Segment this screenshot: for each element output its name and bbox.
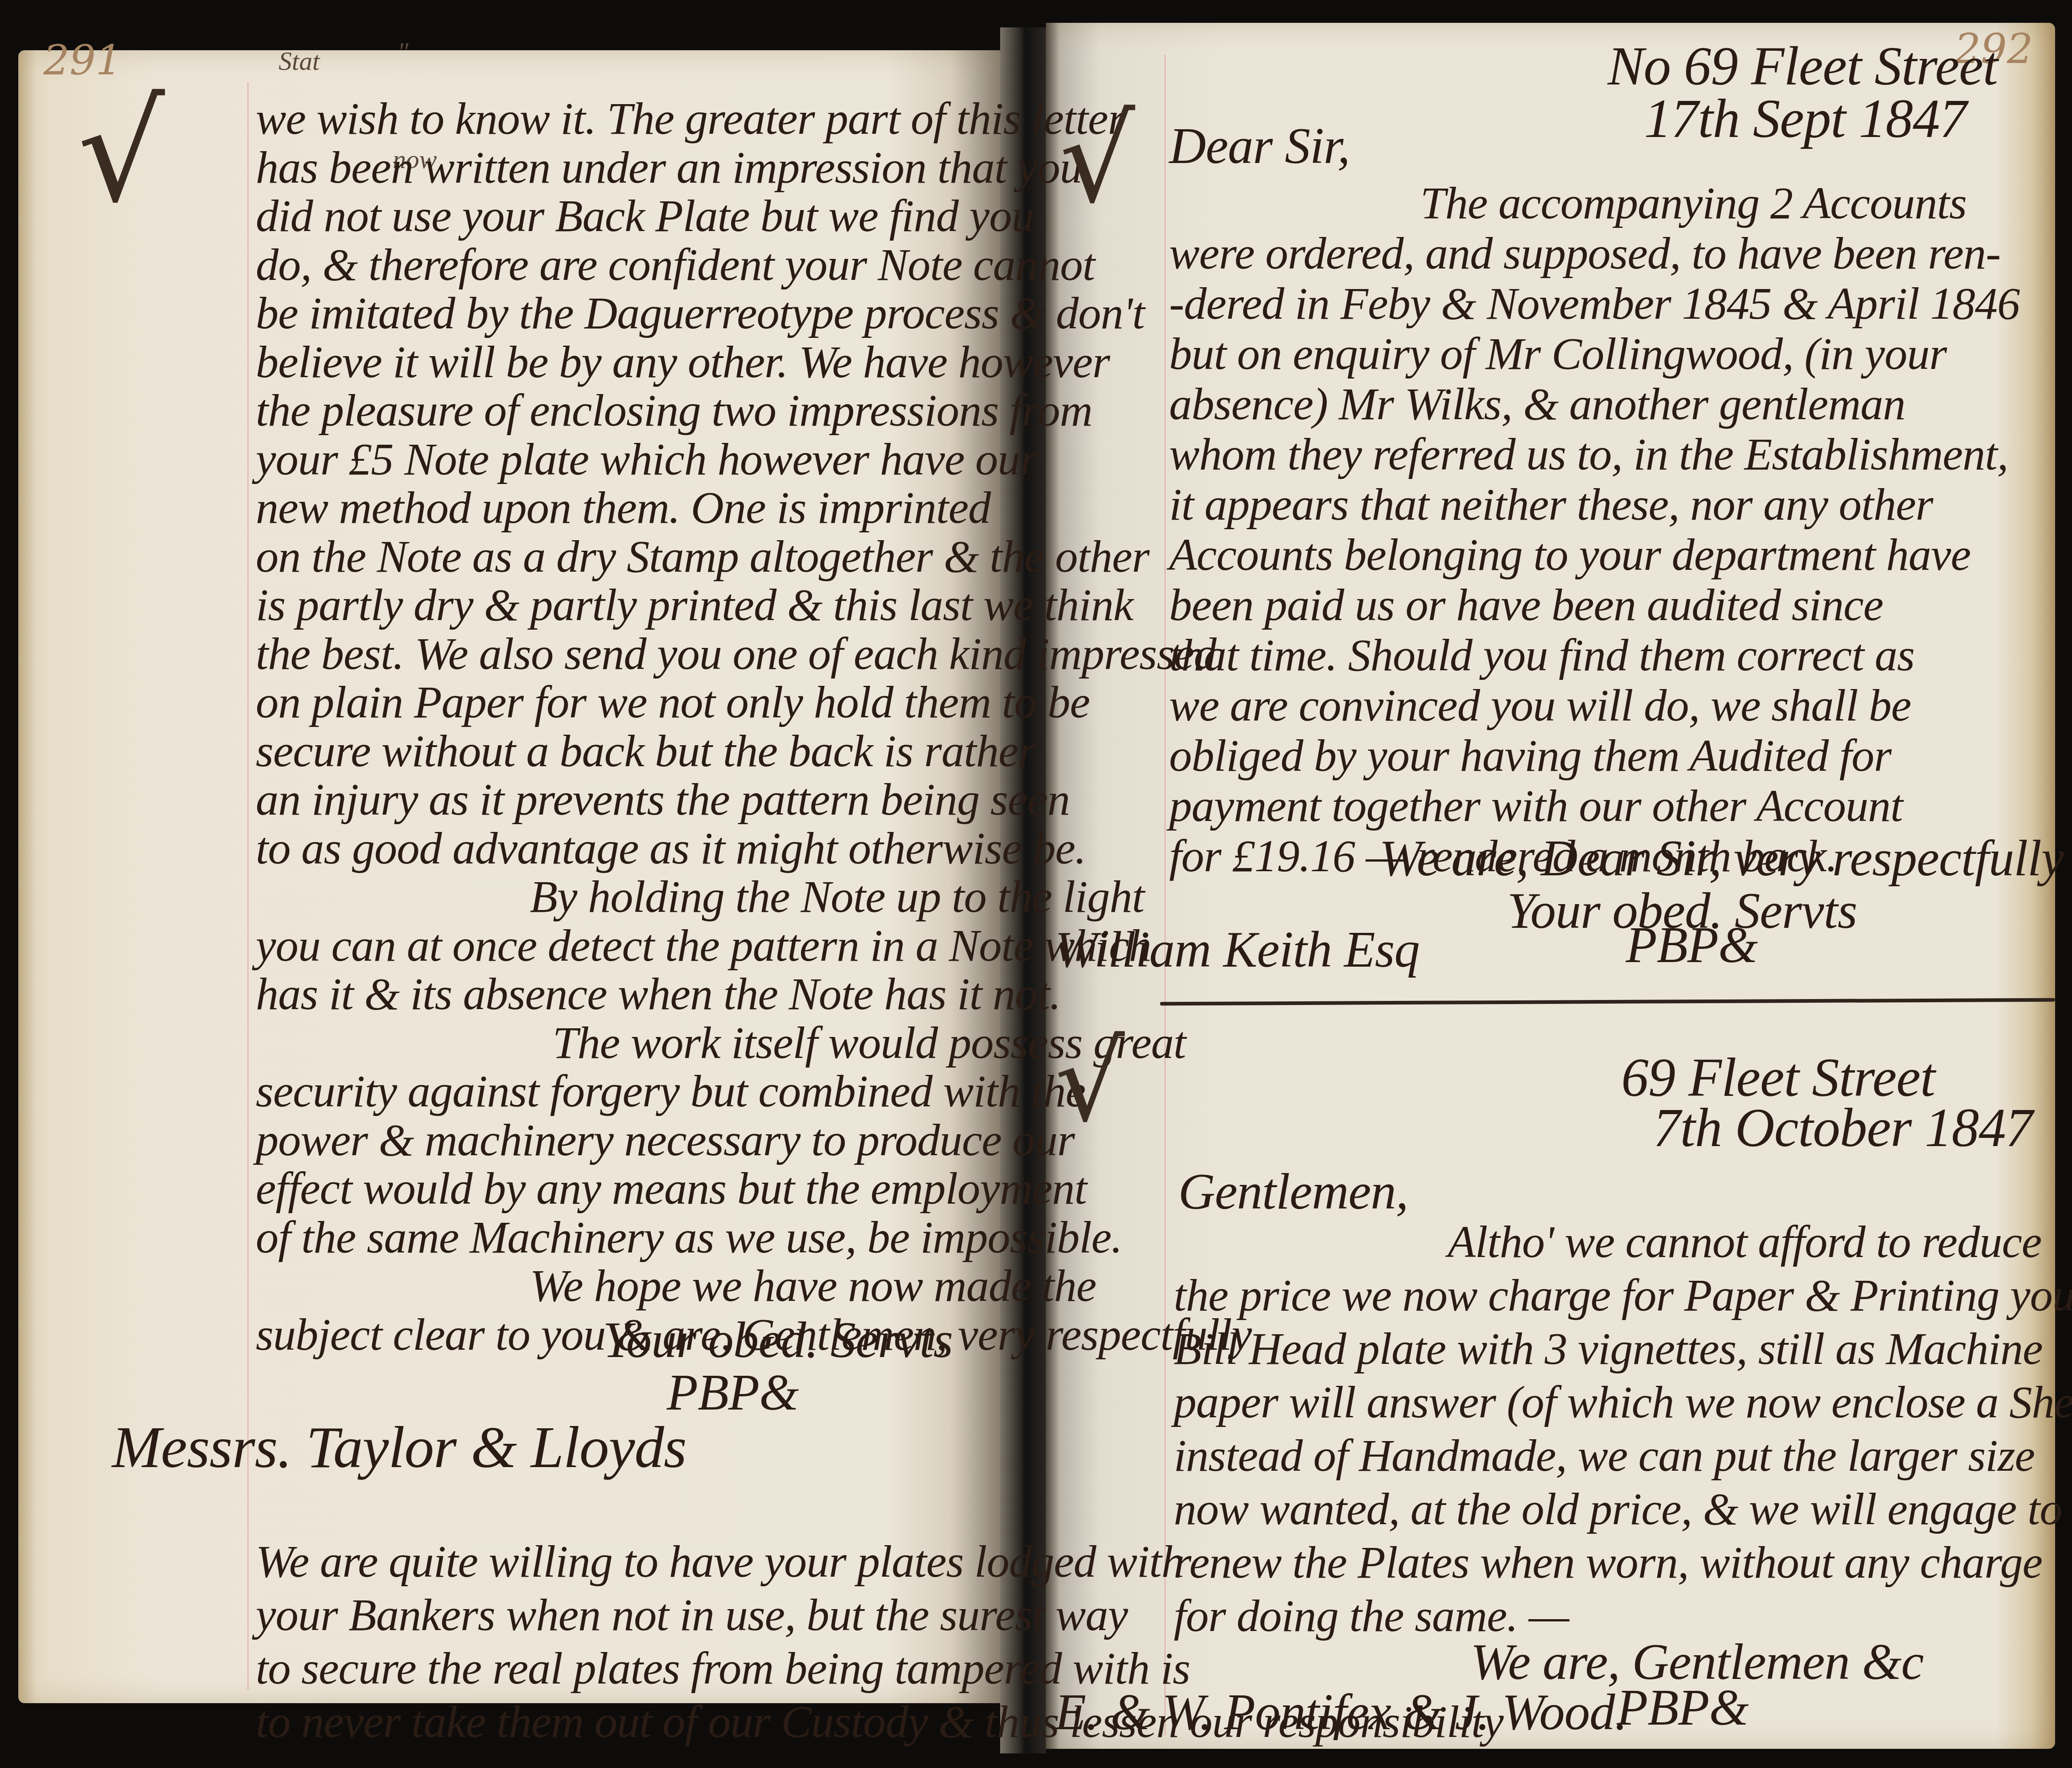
letter2-signature: PBP& — [1617, 1680, 1748, 1735]
letter2-salutation: Gentlemen, — [1178, 1164, 1408, 1219]
left-letter-line: we wish to know it. The greater part of … — [256, 91, 1032, 146]
letter1-line: that time. Should you find them correct … — [1169, 628, 1914, 683]
left-letter-line: power & machinery necessary to produce o… — [256, 1113, 1032, 1168]
letter1-line: -dered in Feby & November 1845 & April 1… — [1169, 276, 1945, 331]
letter1-line: whom they referred us to, in the Establi… — [1169, 427, 1945, 482]
left-letter-line: an injury as it prevents the pattern bei… — [256, 772, 1032, 827]
left-letter-line: new method upon them. One is imprinted — [256, 480, 991, 535]
left-signature: PBP& — [667, 1365, 798, 1420]
left-letter-line: has been written under an impression tha… — [256, 140, 1032, 195]
letter2-address: 69 Fleet Street — [1621, 1050, 1935, 1105]
left-letter-line: did not use your Back Plate but we find … — [256, 189, 1032, 243]
left-letter-line: your £5 Note plate which however have ou… — [256, 432, 1032, 487]
letter2-addressee: E. & W. Pontifex & J. Wood. — [1055, 1685, 1627, 1740]
second-letter-line: to secure the real plates from being tam… — [256, 1641, 1032, 1696]
letter1-line: were ordered, and supposed, to have been… — [1169, 226, 1945, 281]
letter1-line: we are convinced you will do, we shall b… — [1169, 678, 1911, 733]
left-letter-line: is partly dry & partly printed & this la… — [256, 578, 1032, 632]
letter2-line: instead of Handmade, we can put the larg… — [1174, 1428, 1950, 1483]
letter1-line: but on enquiry of Mr Collingwood, (in yo… — [1169, 326, 1945, 381]
left-letter-line: be imitated by the Daguerreotype process… — [256, 286, 1032, 341]
addressee-taylor-lloyds: Messrs. Taylor & Lloyds — [112, 1420, 686, 1475]
letter2-line: renew the Plates when worn, without any … — [1174, 1535, 1950, 1590]
letter-book-spread: 291 √ Stat " now we wish to know it. The… — [0, 0, 2072, 1768]
letter1-line: been paid us or have been audited since — [1169, 578, 1883, 632]
letter1-date: 17th Sept 1847 — [1644, 91, 1967, 146]
left-letter-line: believe it will be by any other. We have… — [256, 335, 1032, 389]
letter1-signature: PBP& — [1626, 918, 1757, 973]
left-letter-line: has it & its absence when the Note has i… — [256, 967, 1032, 1021]
check-mark-icon: √ — [1060, 91, 1135, 229]
second-letter-line: to never take them out of our Custody & … — [256, 1694, 1032, 1749]
left-letter-line: you can at once detect the pattern in a … — [256, 918, 1032, 973]
letter1-line: obliged by your having them Audited for — [1169, 728, 1891, 783]
left-letter-line: on the Note as a dry Stamp altogether & … — [256, 529, 1032, 584]
left-letter-line: on plain Paper for we not only hold them… — [256, 675, 1032, 730]
letter1-line: Accounts belonging to your department ha… — [1169, 527, 1945, 582]
letter1-line: The accompanying 2 Accounts — [1420, 176, 1967, 231]
check-mark-icon: √ — [78, 73, 165, 232]
check-mark-icon: √ — [1055, 1018, 1125, 1146]
right-page-margin-rule — [1165, 55, 1165, 1735]
letter1-addressee: William Keith Esq — [1055, 922, 1419, 977]
left-letter-line: security against forgery but combined wi… — [256, 1064, 1032, 1119]
left-letter-line: to as good advantage as it might otherwi… — [256, 821, 1032, 876]
letter2-line: paper will answer (of which we now enclo… — [1174, 1375, 1950, 1430]
annotation-stat: Stat — [279, 46, 320, 76]
letter1-closing-1: We are, Dear Sir, very respectfully — [1379, 831, 2063, 886]
letter1-line: payment together with our other Account — [1169, 779, 1903, 833]
letter1-line: absence) Mr Wilks, & another gentleman — [1169, 377, 1905, 431]
second-letter-line: your Bankers when not in use, but the su… — [256, 1588, 1032, 1642]
left-letter-line: effect would by any means but the employ… — [256, 1161, 1032, 1216]
left-letter-line: secure without a back but the back is ra… — [256, 724, 1032, 779]
second-letter-line: We are quite willing to have your plates… — [256, 1534, 1032, 1589]
letter1-line: it appears that neither these, nor any o… — [1169, 477, 1933, 532]
letter2-line: Altho' we cannot afford to reduce — [1448, 1215, 2041, 1269]
letter1-salutation: Dear Sir, — [1169, 119, 1350, 174]
left-letter-line: We hope we have now made the — [530, 1258, 1096, 1313]
left-letter-line: of the same Machinery as we use, be impo… — [256, 1210, 1032, 1265]
left-closing: Your obed. Servts — [603, 1313, 953, 1368]
left-letter-line: do, & therefore are confident your Note … — [256, 237, 1032, 292]
letter1-address: No 69 Fleet Street — [1608, 39, 1998, 94]
left-letter-line: the best. We also send you one of each k… — [256, 626, 1032, 681]
letter2-line: now wanted, at the old price, & we will … — [1174, 1482, 1950, 1536]
letter2-date: 7th October 1847 — [1653, 1100, 2033, 1155]
letter2-line: Bill Head plate with 3 vignettes, still … — [1174, 1321, 1950, 1376]
annotation-quote: " — [397, 37, 408, 67]
left-letter-line: the pleasure of enclosing two impression… — [256, 383, 1032, 438]
left-letter-line: By holding the Note up to the light — [530, 869, 1144, 924]
letter2-line: the price we now charge for Paper & Prin… — [1174, 1268, 1950, 1323]
